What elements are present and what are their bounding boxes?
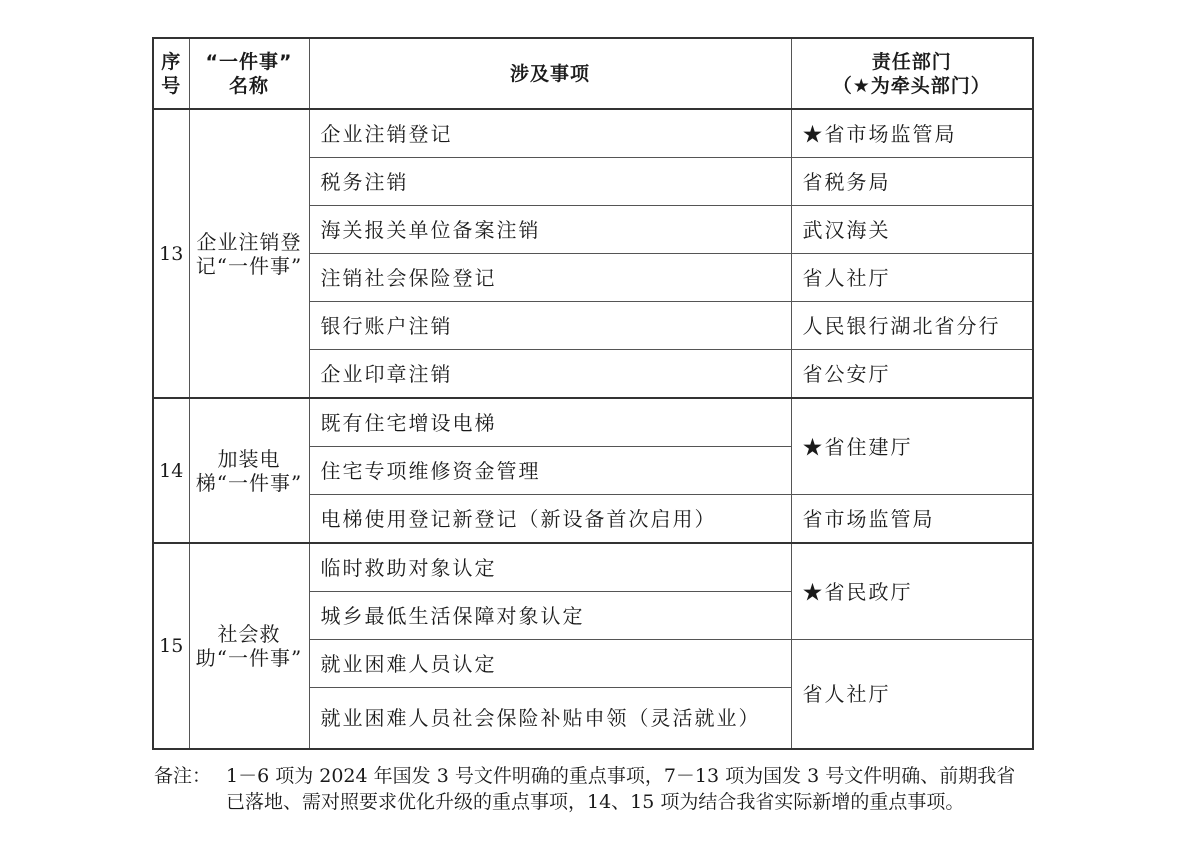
item-cell: 企业注销登记 bbox=[309, 109, 791, 158]
table-row: 14 加装电梯“一件事” 既有住宅增设电梯 ★省住建厅 bbox=[153, 398, 1033, 447]
dept-cell: 省公安厅 bbox=[791, 350, 1033, 399]
key-matters-table: 序号 “一件事”名称 涉及事项 责任部门（★为牵头部门） 13 企业注销登记“一… bbox=[152, 37, 1034, 750]
item-cell: 企业印章注销 bbox=[309, 350, 791, 399]
item-cell: 住宅专项维修资金管理 bbox=[309, 447, 791, 495]
table-header-row: 序号 “一件事”名称 涉及事项 责任部门（★为牵头部门） bbox=[153, 38, 1033, 109]
group-number: 13 bbox=[153, 109, 189, 398]
item-cell: 就业困难人员社会保险补贴申领（灵活就业） bbox=[309, 688, 791, 750]
item-cell: 城乡最低生活保障对象认定 bbox=[309, 592, 791, 640]
item-cell: 临时救助对象认定 bbox=[309, 543, 791, 592]
dept-cell: 省市场监管局 bbox=[791, 495, 1033, 544]
item-cell: 税务注销 bbox=[309, 158, 791, 206]
dept-cell: ★省住建厅 bbox=[791, 398, 1033, 495]
header-no: 序号 bbox=[153, 38, 189, 109]
group-number: 15 bbox=[153, 543, 189, 749]
item-cell: 银行账户注销 bbox=[309, 302, 791, 350]
table-row: 13 企业注销登记“一件事” 企业注销登记 ★省市场监管局 bbox=[153, 109, 1033, 158]
note-label: 备注： bbox=[154, 763, 211, 789]
item-cell: 海关报关单位备案注销 bbox=[309, 206, 791, 254]
item-cell: 电梯使用登记新登记（新设备首次启用） bbox=[309, 495, 791, 544]
item-cell: 就业困难人员认定 bbox=[309, 640, 791, 688]
header-name: “一件事”名称 bbox=[189, 38, 309, 109]
note-text: 1－6 项为 2024 年国发 3 号文件明确的重点事项，7－13 项为国发 3… bbox=[226, 763, 1034, 815]
item-cell: 既有住宅增设电梯 bbox=[309, 398, 791, 447]
table-row: 15 社会救助“一件事” 临时救助对象认定 ★省民政厅 bbox=[153, 543, 1033, 592]
dept-cell: 省人社厅 bbox=[791, 254, 1033, 302]
dept-cell: 省税务局 bbox=[791, 158, 1033, 206]
dept-cell: 武汉海关 bbox=[791, 206, 1033, 254]
group-name: 加装电梯“一件事” bbox=[189, 398, 309, 543]
header-dept: 责任部门（★为牵头部门） bbox=[791, 38, 1033, 109]
table-footnote: 备注： 1－6 项为 2024 年国发 3 号文件明确的重点事项，7－13 项为… bbox=[154, 763, 1034, 815]
group-number: 14 bbox=[153, 398, 189, 543]
dept-cell: 人民银行湖北省分行 bbox=[791, 302, 1033, 350]
item-cell: 注销社会保险登记 bbox=[309, 254, 791, 302]
dept-cell: ★省市场监管局 bbox=[791, 109, 1033, 158]
group-name: 企业注销登记“一件事” bbox=[189, 109, 309, 398]
header-items: 涉及事项 bbox=[309, 38, 791, 109]
dept-cell: 省人社厅 bbox=[791, 640, 1033, 750]
dept-cell: ★省民政厅 bbox=[791, 543, 1033, 640]
group-name: 社会救助“一件事” bbox=[189, 543, 309, 749]
